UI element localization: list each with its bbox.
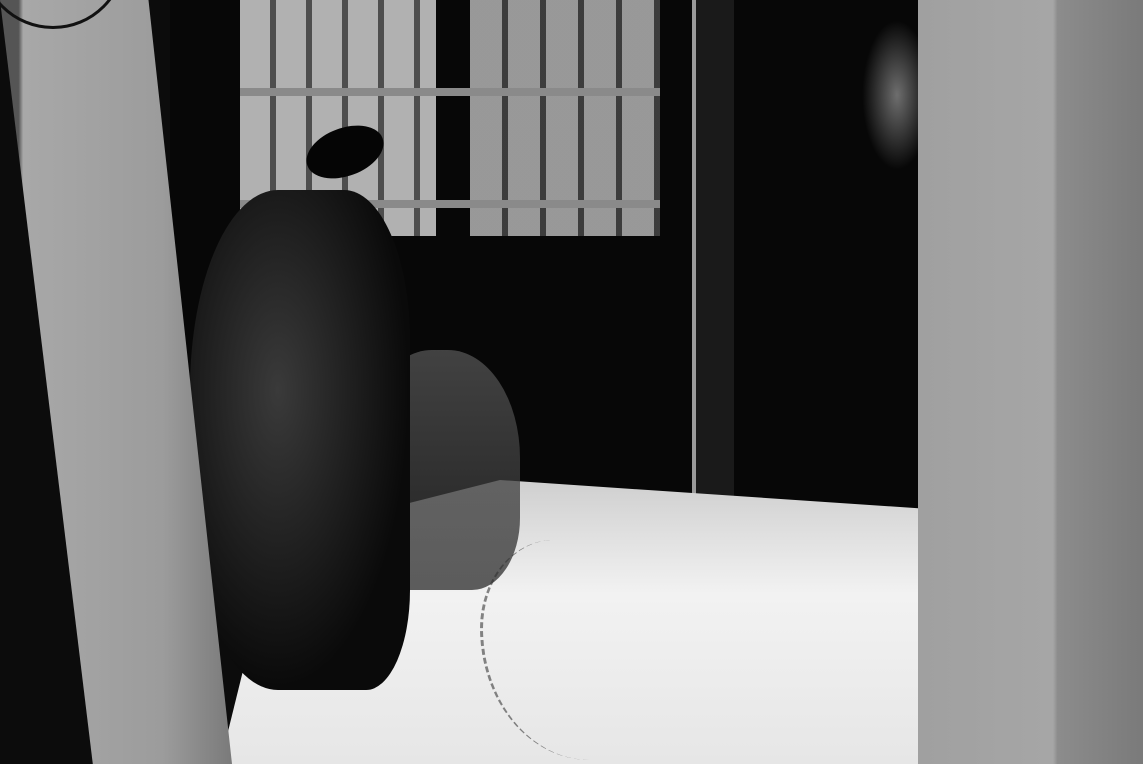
window-crossbar: [240, 88, 660, 96]
door-frame: [692, 0, 734, 530]
motorbike: [190, 190, 410, 690]
right-pillar: [918, 0, 1143, 764]
photo-scene: [0, 0, 1143, 764]
